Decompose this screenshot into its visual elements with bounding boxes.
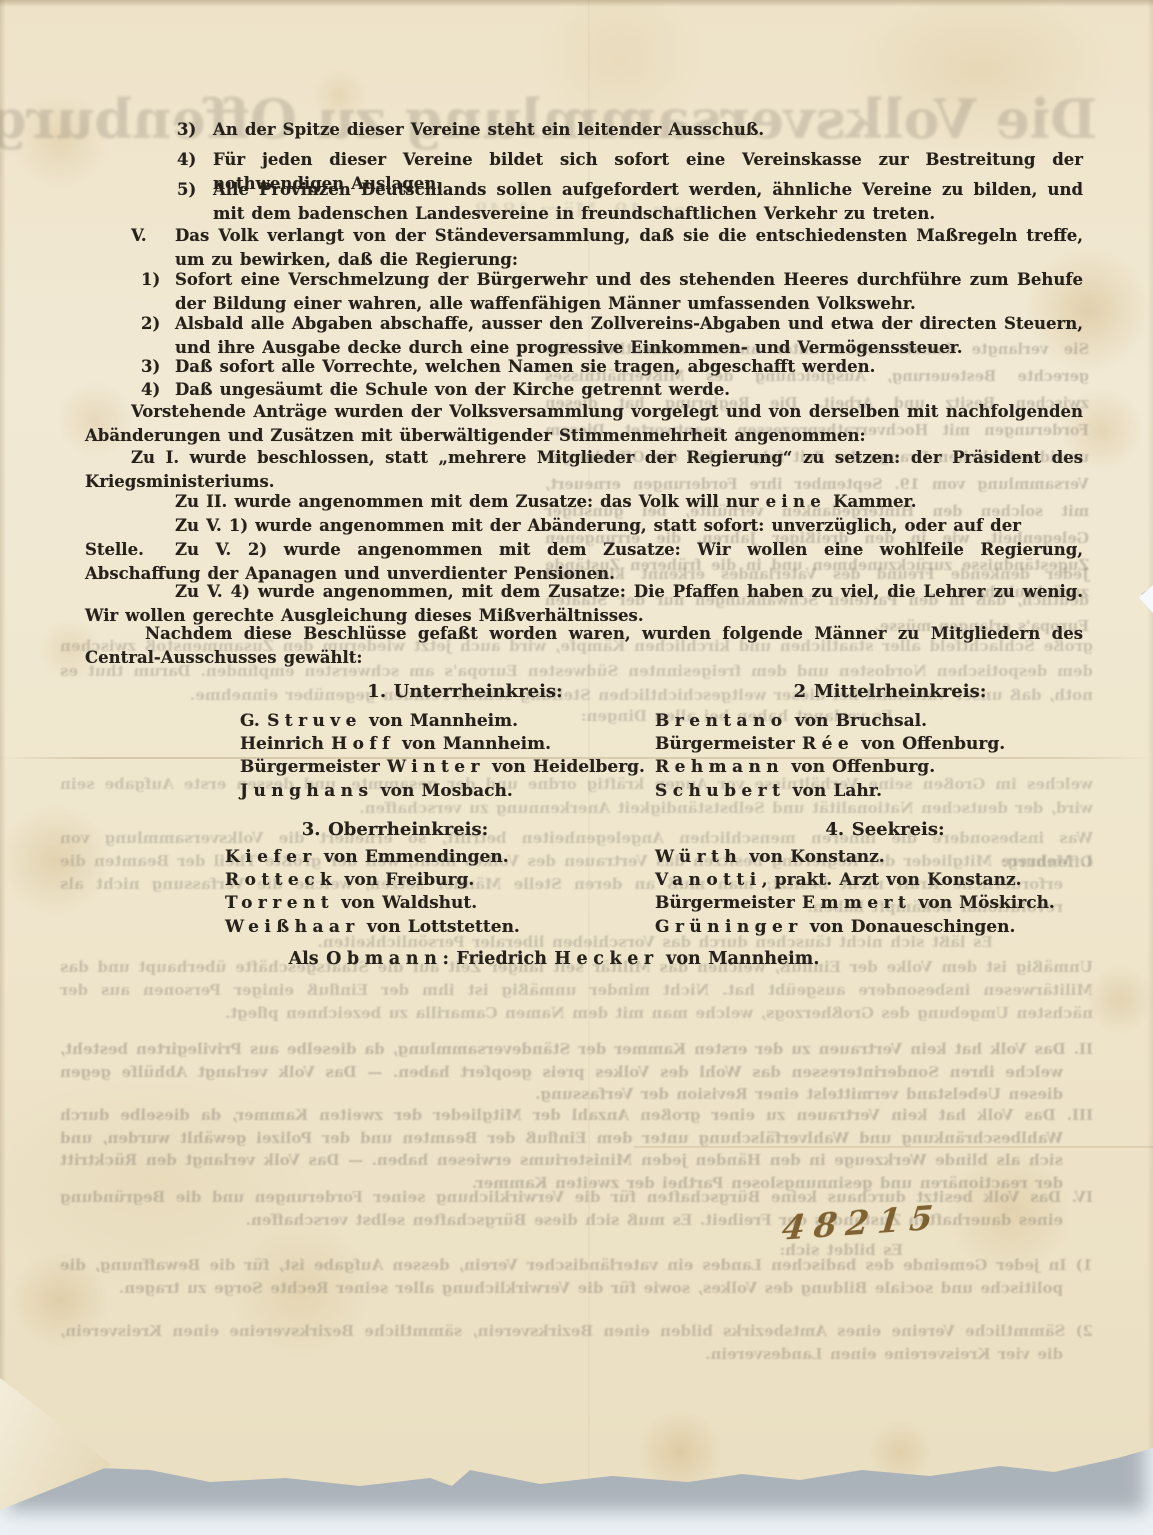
- district-names-oberrheinkreis: Kiefer von Emmendingen. Rotteck von Frei…: [225, 846, 520, 939]
- paragraph-elected: Nachdem diese Beschlüsse gefaßt worden w…: [85, 622, 1083, 669]
- name-part: Weißhaar: [225, 917, 360, 937]
- member-name: Rehmann von Offenburg.: [655, 756, 1005, 779]
- name-part: von Emmendingen.: [317, 847, 509, 867]
- name-part: von Mosbach.: [373, 781, 512, 801]
- paragraph-zu-v4: Zu V. 4) wurde angenommen, mit dem Zusat…: [85, 580, 1083, 627]
- name-part: Rotteck: [225, 870, 337, 890]
- name-part: Grüninger: [655, 917, 803, 937]
- name-part: Junghans: [240, 781, 373, 801]
- section-v: V. Das Volk verlangt von der Ständeversa…: [85, 224, 1083, 271]
- item-text: Sofort eine Verschmelzung der Bürgerwehr…: [175, 268, 1083, 315]
- name-part: Brentano: [655, 711, 788, 731]
- member-name: Bürgermeister Emmert von Möskirch.: [655, 892, 1055, 915]
- name-part: Rehmann: [655, 757, 784, 777]
- district-header-oberrheinkreis: 3. Oberrheinkreis:: [230, 818, 560, 842]
- name-part: von Lahr.: [785, 781, 882, 801]
- item-number: 3): [177, 118, 213, 142]
- item-text: Alle Provinzen Deutschlands sollen aufge…: [213, 178, 1083, 225]
- item-text: Daß ungesäumt die Schule von der Kirche …: [175, 378, 1083, 402]
- section-text: Das Volk verlangt von der Ständeversamml…: [175, 224, 1083, 271]
- name-part: von Offenburg.: [784, 757, 935, 777]
- district-names-seekreis: Würth von Konstanz. Vanotti, prakt. Arzt…: [655, 846, 1055, 939]
- scanned-document-page: Die Volksversammlung zu Offenburg am 19.…: [0, 0, 1153, 1535]
- item-number: 4): [141, 378, 175, 402]
- list-item: 2) Alsbald alle Abgaben abschaffe, ausse…: [85, 312, 1083, 359]
- name-part: von Mannheim.: [362, 711, 518, 731]
- name-part: Schubert: [655, 781, 785, 801]
- paragraph-zu2: Zu II. wurde angenommen mit dem Zusatze:…: [85, 490, 1083, 514]
- text-part: Zu II. wurde angenommen mit dem Zusatze:…: [175, 492, 766, 511]
- name-part: Heinrich: [240, 734, 331, 754]
- paragraph-zu-v2: Zu V. 2) wurde angenommen mit dem Zusatz…: [85, 538, 1083, 585]
- bleedthrough-paragraph: III. Das Volk hat kein Vertrauen zu eine…: [60, 1104, 1093, 1194]
- item-number: 5): [177, 178, 213, 225]
- name-part: von Freiburg.: [337, 870, 474, 890]
- name-part: Vanotti: [655, 870, 762, 890]
- name-part: Hoff: [331, 734, 395, 754]
- member-name: Bürgermeister Winter von Heidelberg.: [240, 756, 645, 779]
- list-item: 5) Alle Provinzen Deutschlands sollen au…: [85, 178, 1083, 225]
- name-part: von Mannheim.: [395, 734, 551, 754]
- name-part: von Heidelberg.: [485, 757, 645, 777]
- name-part: Torrent: [225, 893, 334, 913]
- item-text: An der Spitze dieser Vereine steht ein l…: [213, 118, 1083, 142]
- text-part: von Mannheim.: [659, 949, 820, 969]
- member-name: Grüninger von Donaueschingen.: [655, 916, 1055, 939]
- paper-sheet: Die Volksversammlung zu Offenburg am 19.…: [0, 0, 1153, 1535]
- name-part: Würth: [655, 847, 742, 867]
- member-name: Weißhaar von Lottstetten.: [225, 916, 520, 939]
- district-names-mittelrheinkreis: Brentano von Bruchsal. Bürgermeister Rée…: [655, 710, 1005, 803]
- list-item: 1) Sofort eine Verschmelzung der Bürgerw…: [85, 268, 1083, 315]
- text-part: Hecker: [554, 949, 658, 969]
- name-part: von Möskirch.: [911, 893, 1055, 913]
- member-name: Rotteck von Freiburg.: [225, 869, 520, 892]
- bleedthrough-paragraph: 2) Sämmtliche Vereine eines Amtsbezirks …: [60, 1320, 1093, 1366]
- name-part: Struve: [267, 711, 362, 731]
- section-number: V.: [131, 224, 175, 271]
- obmann-line: Als Obmann: Friedrich Hecker von Mannhei…: [195, 948, 913, 972]
- item-text: Daß sofort alle Vorrechte, welchen Namen…: [175, 355, 1083, 379]
- name-part: , prakt. Arzt von Konstanz.: [762, 870, 1022, 890]
- member-name: Kiefer von Emmendingen.: [225, 846, 520, 869]
- district-header-unterrheinkreis: 1. Unterrheinkreis:: [300, 680, 630, 704]
- district-header-mittelrheinkreis: 2 Mittelrheinkreis:: [725, 680, 1055, 704]
- name-part: von Lottstetten.: [360, 917, 520, 937]
- member-name: Schubert von Lahr.: [655, 780, 1005, 803]
- name-part: von Donaueschingen.: [803, 917, 1016, 937]
- member-name: Brentano von Bruchsal.: [655, 710, 1005, 733]
- name-part: Bürgermeister: [240, 757, 387, 777]
- emphasized-word: eine: [766, 492, 826, 511]
- member-name: Vanotti, prakt. Arzt von Konstanz.: [655, 869, 1055, 892]
- member-name: Bürgermeister Rée von Offenburg.: [655, 733, 1005, 756]
- text-part: Obmann: [326, 949, 442, 969]
- member-name: Würth von Konstanz.: [655, 846, 1055, 869]
- member-name: Torrent von Waldshut.: [225, 892, 520, 915]
- list-item: 3) Daß sofort alle Vorrechte, welchen Na…: [85, 355, 1083, 379]
- name-part: von Offenburg.: [854, 734, 1005, 754]
- member-name: G. Struve von Mannheim.: [240, 710, 645, 733]
- member-name: Heinrich Hoff von Mannheim.: [240, 733, 645, 756]
- item-number: 3): [141, 355, 175, 379]
- district-header-seekreis: 4. Seekreis:: [720, 818, 1050, 842]
- name-part: von Konstanz.: [742, 847, 885, 867]
- district-names-unterrheinkreis: G. Struve von Mannheim. Heinrich Hoff vo…: [240, 710, 645, 803]
- bleedthrough-paragraph: 1) In jeder Gemeinde des badischen Lande…: [60, 1254, 1093, 1300]
- paragraph-adopted: Vorstehende Anträge wurden der Volksvers…: [85, 400, 1083, 447]
- name-part: Rée: [802, 734, 854, 754]
- name-part: von Bruchsal.: [788, 711, 927, 731]
- text-part: Kammer.: [826, 492, 916, 511]
- item-number: 1): [141, 268, 175, 315]
- name-part: Bürgermeister: [655, 893, 802, 913]
- list-item: 3) An der Spitze dieser Vereine steht ei…: [85, 118, 1083, 142]
- list-item: 4) Daß ungesäumt die Schule von der Kirc…: [85, 378, 1083, 402]
- item-text: Alsbald alle Abgaben abschaffe, ausser d…: [175, 312, 1083, 359]
- name-part: G.: [240, 711, 267, 731]
- name-part: Emmert: [802, 893, 911, 913]
- text-part: Als: [289, 949, 327, 969]
- bleedthrough-paragraph: II. Das Volk hat kein Vertrauen zu der e…: [60, 1038, 1093, 1106]
- paragraph-zu1: Zu I. wurde beschlossen, statt „mehrere …: [85, 446, 1083, 493]
- text-part: : Friedrich: [442, 949, 554, 969]
- name-part: von Waldshut.: [334, 893, 477, 913]
- name-part: Kiefer: [225, 847, 317, 867]
- name-part: Winter: [387, 757, 485, 777]
- name-part: Bürgermeister: [655, 734, 802, 754]
- item-number: 2): [141, 312, 175, 359]
- member-name: Junghans von Mosbach.: [240, 780, 645, 803]
